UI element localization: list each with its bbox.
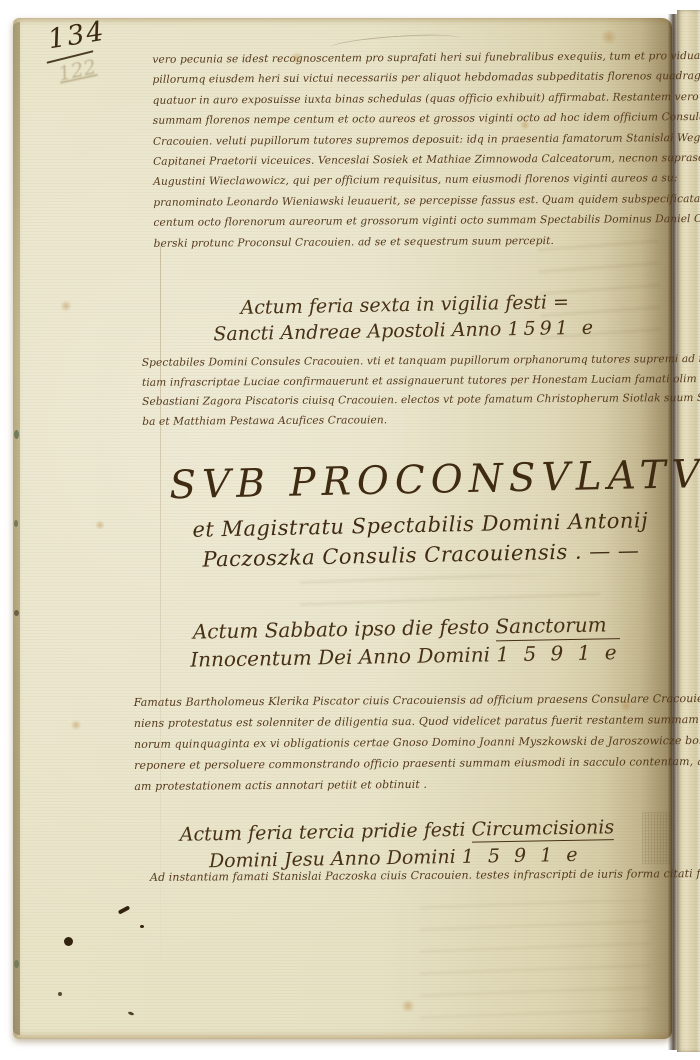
proconsulate-display-heading: SVB PROCONSVLATV— et Magistratu Spectabi… — [169, 447, 671, 575]
act-heading-st-andrew: Actum feria sexta in vigilia festi = San… — [200, 288, 611, 347]
edge-speck — [14, 520, 18, 527]
underlined-word-circumcisionis: Circumcisionis — [471, 816, 614, 842]
woven-repair-patch — [642, 812, 672, 864]
foxing-spot — [60, 300, 72, 312]
ink-blot — [140, 925, 144, 928]
text-line: reponere et persoluere commonstrando off… — [134, 751, 690, 776]
foxing-spot — [520, 120, 530, 130]
text-line: ba et Matthiam Pestawa Acufices Cracouie… — [142, 409, 687, 432]
manuscript-scan: 134 122 vero pecunia se idest recognosce… — [0, 0, 700, 1060]
record-entry-4: Ad instantiam famati Stanislai Paczoska … — [150, 864, 690, 888]
flourish-dash: — — — [589, 538, 640, 563]
record-entry-3: Famatus Bartholomeus Klerika Piscator ci… — [134, 688, 691, 797]
heading-line-main: SVB PROCONSVLATV— — [169, 447, 670, 515]
year-1591-overlined: 1 5 9 1 e — [496, 638, 621, 666]
ink-blot — [64, 937, 73, 946]
record-entry-2: Spectabiles Domini Consules Cracouien. v… — [142, 350, 688, 432]
edge-speck — [14, 430, 19, 439]
text-line: berski protunc Proconsul Cracouien. ad s… — [154, 230, 674, 254]
foxing-spot — [70, 720, 82, 730]
foxing-spot — [95, 520, 105, 530]
adjacent-page-edge — [677, 10, 700, 1052]
foxing-spot — [620, 700, 632, 712]
foxing-spot — [400, 1000, 416, 1012]
text-line: am protestationem actis annotari petiit … — [134, 772, 690, 797]
page-fore-edge — [13, 22, 20, 1035]
ink-blot — [58, 992, 62, 996]
foxing-spot — [600, 30, 618, 44]
text-line: Sebastiani Zagora Piscatoris ciuisq Crac… — [142, 389, 687, 412]
text-line: centum octo florenorum aureorum et gross… — [153, 209, 673, 233]
record-entry-1: vero pecunia se idest recognoscentem pro… — [152, 46, 673, 254]
text-line: Ad instantiam famati Stanislai Paczoska … — [150, 864, 690, 888]
act-heading-holy-innocents: Actum Sabbato ipso die festo Sanctorum I… — [190, 610, 611, 673]
foxing-spot — [290, 52, 304, 64]
year-1591: 1591 e — [507, 317, 597, 341]
edge-speck — [14, 610, 19, 616]
edge-speck — [14, 960, 19, 968]
